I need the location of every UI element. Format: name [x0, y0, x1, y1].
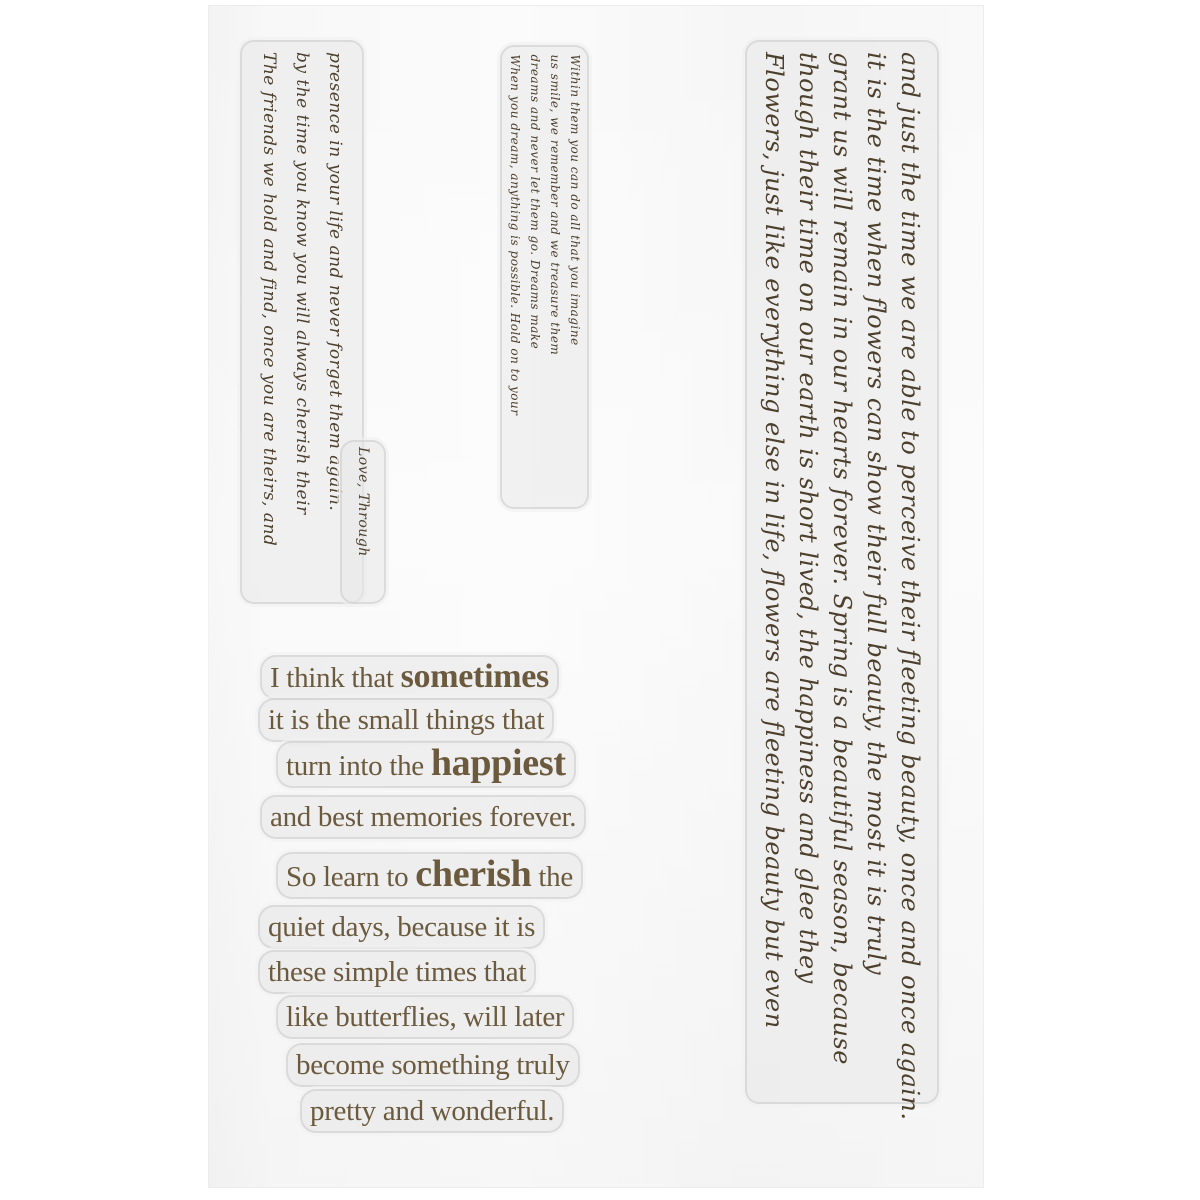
- quote-text: quiet days, because it is: [268, 911, 535, 943]
- quote-line: So learn to cherish the: [276, 852, 583, 899]
- quote-text: the: [531, 861, 572, 893]
- quote-line: quiet days, because it is: [258, 905, 545, 949]
- script-line: though their time on our earth is short …: [791, 52, 825, 1092]
- quote-text: these simple times that: [268, 956, 526, 988]
- quote-line: it is the small things that: [258, 698, 554, 742]
- quote-line: become something truly: [286, 1043, 580, 1087]
- quote-line: like butterflies, will later: [276, 995, 574, 1039]
- script-line: Love, Through: [347, 447, 379, 597]
- stamp-script-right: Flowers, just like everything else in li…: [745, 40, 939, 1104]
- script-line: Within them you can do all that you imag…: [565, 55, 585, 500]
- script-line: it is the time when flowers can show the…: [859, 52, 893, 1092]
- quote-line: I think that sometimes: [260, 655, 559, 700]
- quote-text: and best memories forever.: [270, 801, 576, 833]
- script-line: Flowers, just like everything else in li…: [757, 52, 791, 1092]
- quote-line: these simple times that: [258, 950, 536, 994]
- script-line: and just the time we are able to perceiv…: [893, 52, 927, 1092]
- quote-emphasis: cherish: [415, 853, 531, 895]
- script-line: by the time you know you will always che…: [286, 52, 319, 592]
- script-line: When you dream, anything is possible. Ho…: [505, 55, 525, 500]
- script-line: The friends we hold and find, once you a…: [253, 52, 286, 592]
- quote-line: and best memories forever.: [260, 795, 586, 839]
- quote-emphasis: sometimes: [401, 658, 549, 695]
- quote-line: pretty and wonderful.: [300, 1089, 564, 1133]
- quote-text: So learn to: [286, 861, 415, 893]
- script-line: us smile, we remember and we treasure th…: [545, 55, 565, 500]
- script-line: grant us will remain in our hearts forev…: [825, 52, 859, 1092]
- script-text-block: Flowers, just like everything else in li…: [752, 52, 932, 1092]
- script-text-block: Love, Through: [347, 447, 379, 597]
- quote-text: turn into the: [286, 750, 431, 782]
- quote-text: it is the small things that: [268, 704, 544, 736]
- script-line: dreams and never let them go. Dreams mak…: [525, 55, 545, 500]
- quote-line: turn into the happiest: [276, 741, 576, 788]
- quote-emphasis: happiest: [431, 742, 566, 784]
- quote-text: like butterflies, will later: [286, 1001, 564, 1033]
- stamp-script-small: Love, Through: [340, 440, 386, 604]
- quote-text: pretty and wonderful.: [310, 1095, 554, 1127]
- stamp-script-middle: When you dream, anything is possible. Ho…: [500, 45, 589, 509]
- script-text-block: When you dream, anything is possible. Ho…: [505, 55, 585, 500]
- product-photo: The friends we hold and find, once you a…: [0, 0, 1200, 1200]
- stamp-quote: I think that sometimes it is the small t…: [252, 645, 672, 1165]
- quote-text: become something truly: [296, 1049, 570, 1081]
- quote-text: I think that: [270, 662, 401, 694]
